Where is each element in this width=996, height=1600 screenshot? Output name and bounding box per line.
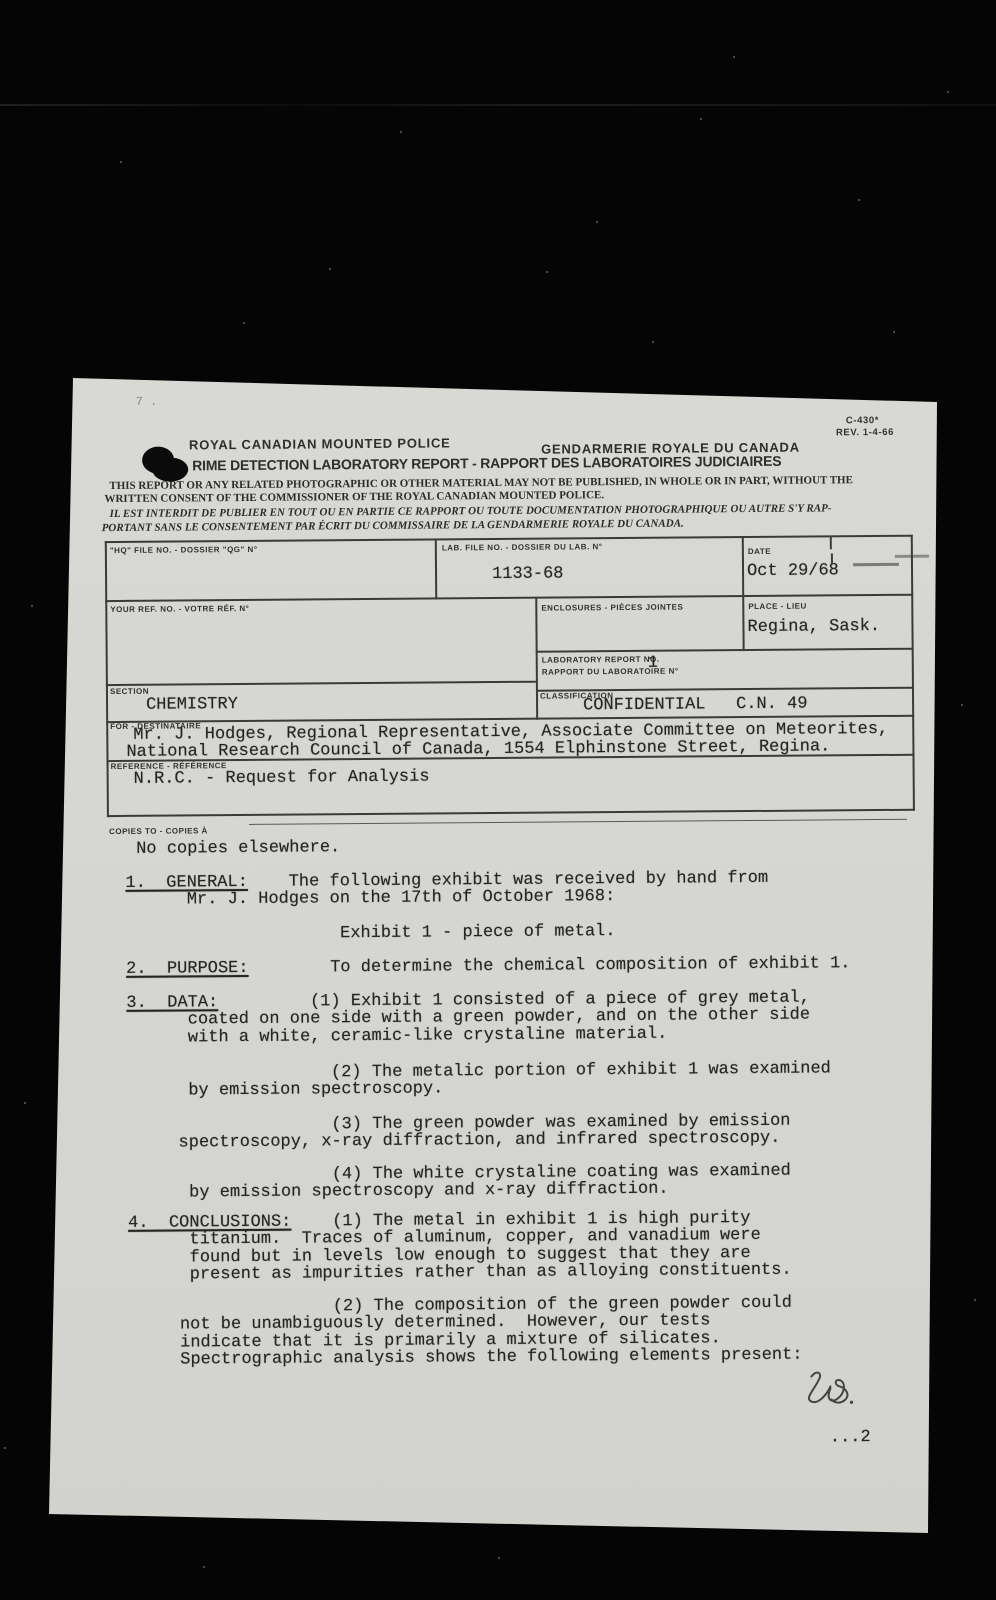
table-border bbox=[911, 535, 915, 811]
conclusions-p2-line4: Spectrographic analysis shows the follow… bbox=[129, 1346, 802, 1370]
dust-speck bbox=[733, 56, 735, 58]
dust-speck bbox=[243, 322, 245, 324]
dust-speck bbox=[24, 1102, 26, 1104]
disclaimer-fr-line1: IL EST INTERDIT DE PUBLIER EN TOUT OU EN… bbox=[110, 502, 832, 520]
dust-speck bbox=[498, 1557, 500, 1559]
pencil-tick bbox=[830, 536, 832, 549]
for-value-line2: National Research Council of Canada, 155… bbox=[126, 738, 830, 761]
dust-speck bbox=[858, 199, 860, 201]
pencil-tick bbox=[831, 553, 833, 564]
section-data-line3: with a white, ceramic-like crystaline ma… bbox=[127, 1024, 668, 1047]
data-paragraph-3: (3) The green powder was examined by emi… bbox=[127, 1113, 790, 1153]
dust-speck bbox=[974, 1299, 976, 1301]
dust-speck bbox=[120, 161, 122, 163]
section-purpose-heading: 2. PURPOSE: bbox=[126, 959, 249, 979]
dust-speck bbox=[4, 1447, 6, 1449]
dust-speck bbox=[329, 268, 331, 270]
lab-report-no-label-fr: RAPPORT DU LABORATOIRE N° bbox=[542, 667, 679, 677]
section-value: CHEMISTRY bbox=[146, 696, 238, 714]
copies-label: COPIES TO - COPIES À bbox=[109, 826, 208, 836]
scanned-document-page: C-430* REV. 1-4-66 7 . ROYAL CANADIAN MO… bbox=[0, 0, 996, 1600]
your-ref-label: YOUR REF. NO. - VOTRE RÉF. N° bbox=[110, 604, 249, 614]
form-revision: REV. 1-4-66 bbox=[836, 427, 894, 438]
copies-value: No copies elsewhere. bbox=[136, 839, 340, 858]
conclusions-paragraph-2: (2) The composition of the green powder … bbox=[129, 1295, 803, 1369]
page-number: ...2 bbox=[830, 1429, 871, 1447]
scan-scratch-line bbox=[0, 104, 996, 106]
section-general-line2: Mr. J. Hodges on the 17th of October 196… bbox=[126, 887, 616, 910]
table-border bbox=[107, 809, 915, 817]
disclaimer-en-line2: WRITTEN CONSENT OF THE COMMISSIONER OF T… bbox=[104, 489, 604, 505]
table-border bbox=[535, 597, 538, 720]
copies-rule bbox=[249, 819, 907, 825]
lab-file-label: LAB. FILE NO. - DOSSIER DU LAB. N° bbox=[442, 542, 603, 552]
place-value: Regina, Sask. bbox=[747, 618, 880, 636]
dust-speck bbox=[700, 118, 702, 120]
table-border bbox=[435, 538, 437, 599]
ink-blob bbox=[152, 457, 188, 481]
exhibit-line: Exhibit 1 - piece of metal. bbox=[126, 923, 616, 944]
dust-speck bbox=[961, 704, 963, 706]
place-label: PLACE - LIEU bbox=[748, 602, 807, 611]
dust-speck bbox=[893, 331, 895, 333]
table-border bbox=[742, 536, 745, 651]
section-purpose: 2. PURPOSE: To determine the chemical co… bbox=[126, 955, 850, 978]
data-p4-line2: by emission spectroscopy and x-ray diffr… bbox=[128, 1180, 669, 1203]
section-label: SECTION bbox=[110, 687, 149, 696]
lab-report-no-label: LABORATORY REPORT NO. bbox=[542, 655, 660, 665]
dust-speck bbox=[596, 221, 598, 223]
form-code: C-430* bbox=[846, 415, 879, 426]
dust-speck bbox=[546, 271, 548, 273]
table-border bbox=[105, 535, 913, 543]
pencil-dash bbox=[895, 555, 929, 558]
date-value: Oct 29/68 bbox=[747, 562, 839, 580]
disclaimer-fr-line2: PORTANT SANS LE CONSENTEMENT PAR ÉCRIT D… bbox=[102, 518, 684, 535]
data-paragraph-2: (2) The metalic portion of exhibit 1 was… bbox=[127, 1060, 831, 1100]
dust-speck bbox=[652, 341, 654, 343]
data-paragraph-4: (4) The white crystaline coating was exa… bbox=[128, 1163, 791, 1203]
section-conclusions: 4. CONCLUSIONS: (1) The metal in exhibit… bbox=[128, 1210, 792, 1284]
report-content: C-430* REV. 1-4-66 7 . ROYAL CANADIAN MO… bbox=[0, 0, 996, 1600]
section-general: 1. GENERAL: The following exhibit was re… bbox=[125, 870, 768, 910]
section-data: 3. DATA: (1) Exhibit 1 consisted of a pi… bbox=[126, 990, 810, 1047]
org-name-en: ROYAL CANADIAN MOUNTED POLICE bbox=[189, 435, 451, 452]
enclosures-label: ENCLOSURES - PIÈCES JOINTES bbox=[541, 603, 683, 613]
table-border bbox=[106, 681, 536, 686]
lab-report-no-value: 1 bbox=[648, 655, 658, 672]
conclusions-line4: present as impurities rather than as all… bbox=[128, 1261, 791, 1285]
pencil-mark: 7 . bbox=[136, 395, 158, 409]
table-border bbox=[105, 541, 109, 817]
dust-speck bbox=[400, 131, 402, 133]
lab-file-value: 1133-68 bbox=[492, 565, 564, 583]
reference-value: N.R.C. - Request for Analysis bbox=[134, 769, 430, 789]
data-p2-line2: by emission spectroscopy. bbox=[127, 1080, 443, 1101]
section-purpose-text: To determine the chemical composition of… bbox=[248, 954, 850, 978]
classification-value: CONFIDENTIAL C.N. 49 bbox=[583, 696, 808, 715]
dust-speck bbox=[947, 91, 949, 93]
table-border bbox=[536, 648, 914, 653]
pencil-dash bbox=[853, 563, 899, 566]
hq-file-label: "HQ" FILE NO. - DOSSIER "QG" N° bbox=[110, 545, 258, 555]
report-title: RIME DETECTION LABORATORY REPORT - RAPPO… bbox=[192, 453, 781, 474]
dust-speck bbox=[203, 1566, 205, 1568]
dust-speck bbox=[31, 605, 33, 607]
date-label: DATE bbox=[748, 547, 771, 556]
paper-sheet: C-430* REV. 1-4-66 7 . ROYAL CANADIAN MO… bbox=[0, 0, 996, 1600]
data-p3-line2: spectroscopy, x-ray diffraction, and inf… bbox=[127, 1129, 780, 1153]
handwritten-initials bbox=[798, 1369, 856, 1411]
